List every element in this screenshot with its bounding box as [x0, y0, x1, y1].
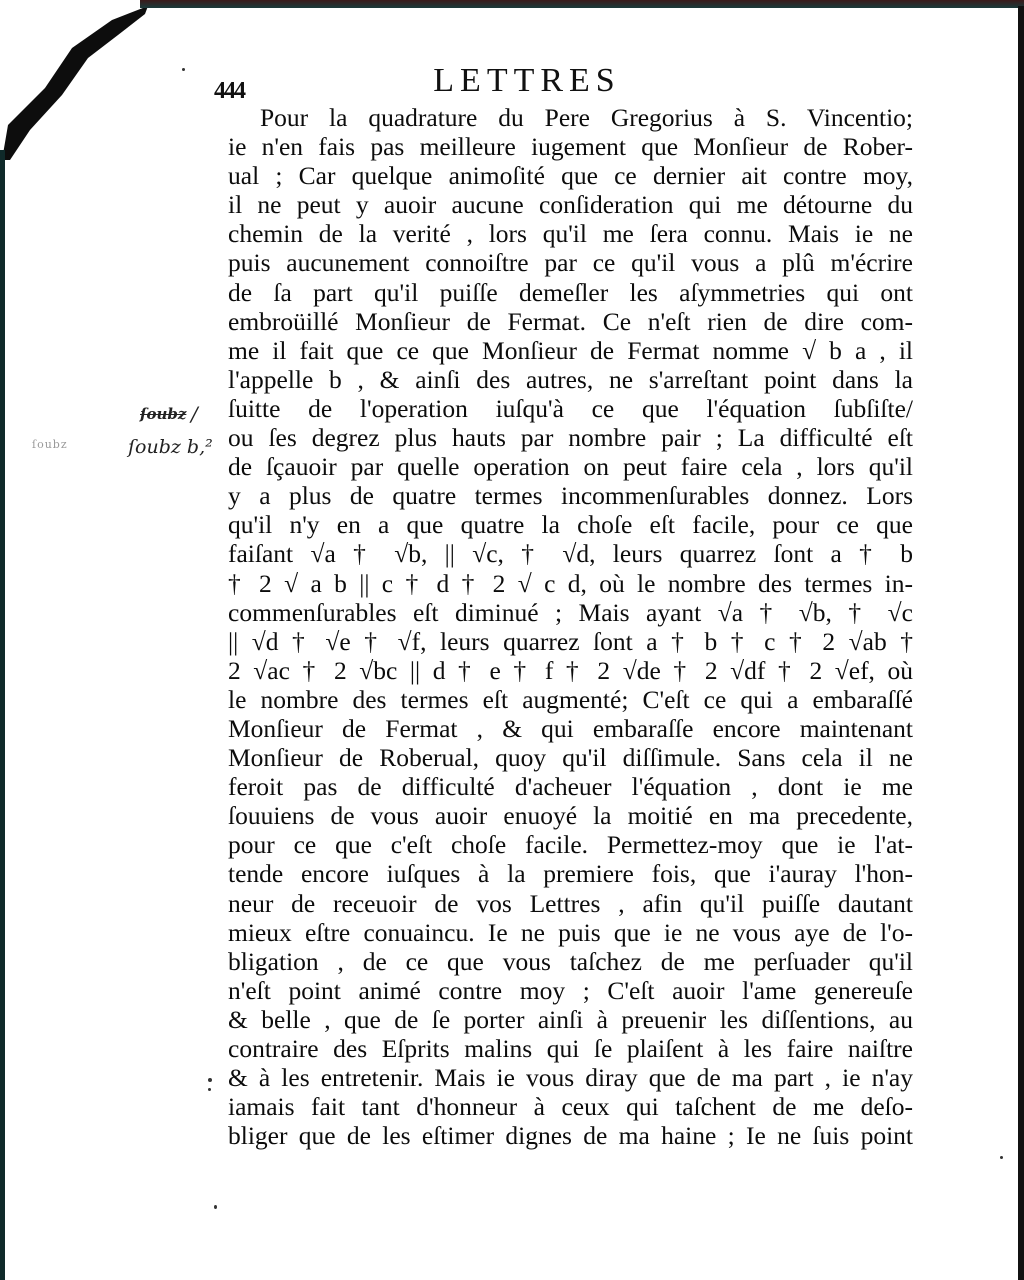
margin-note-struck-word: ſoubz	[140, 405, 186, 423]
text-line: || √d † √e † √f, leurs quarrez ſont a † …	[228, 627, 913, 656]
scanned-book-page: 444 LETTRES ſoubz ſoubz / ſoubz b,² Pour…	[0, 0, 1024, 1280]
text-line: ou ſes degrez plus hauts par nombre pair…	[228, 423, 913, 452]
text-line: l'appelle b , & ainſi des autres, ne s'a…	[228, 365, 913, 394]
text-line: ual ; Car quelque animoſité que ce derni…	[228, 161, 913, 190]
margin-note-slash: /	[191, 402, 198, 426]
page-right-edge	[1018, 6, 1024, 1280]
ink-speck	[182, 68, 185, 71]
text-line: il ne peut y auoir aucune conſideration …	[228, 190, 913, 219]
margin-note-handwritten: ſoubz b,²	[128, 436, 213, 458]
text-line: & belle , que de ſe porter ainſi à preue…	[228, 1005, 913, 1034]
text-line: n'eſt point animé contre moy ; C'eſt auo…	[228, 976, 913, 1005]
text-line: embroüillé Monſieur de Fermat. Ce n'eſt …	[228, 307, 913, 336]
text-line: qu'il n'y en a que quatre la choſe eſt f…	[228, 510, 913, 539]
text-line: 2 √ac † 2 √bc || d † e † f † 2 √de † 2 √…	[228, 656, 913, 685]
text-line: me il fait que ce que Monſieur de Fermat…	[228, 336, 913, 365]
text-line: bliger que de les eſtimer dignes de ma h…	[228, 1121, 913, 1150]
page-left-edge	[0, 150, 5, 1280]
text-line: puis aucunement connoiſtre par ce qu'il …	[228, 248, 913, 277]
running-head: LETTRES	[0, 62, 1024, 100]
text-line: tende encore iuſques à la premiere fois,…	[228, 859, 913, 888]
letter-body-text: Pour la quadrature du Pere Gregorius à S…	[228, 103, 913, 1150]
text-line: bligation , de ce que vous taſchez de me…	[228, 947, 913, 976]
text-line: commenſurables eſt diminué ; Mais ayant …	[228, 598, 913, 627]
text-line: ſuitte de l'operation iuſqu'à ce que l'é…	[228, 394, 913, 423]
text-line: Monſieur de Roberual, quoy qu'il diſſimu…	[228, 743, 913, 772]
text-line: le nombre des termes eſt augmenté; C'eſt…	[228, 685, 913, 714]
page-top-edge	[140, 0, 1024, 8]
margin-note-faint: ſoubz	[32, 438, 68, 451]
ink-speck	[1000, 1156, 1003, 1159]
text-line: mieux eſtre conuaincu. Ie ne puis que ie…	[228, 918, 913, 947]
text-line: contraire des Eſprits malins qui ſe plai…	[228, 1034, 913, 1063]
ink-speck	[208, 1078, 212, 1082]
ink-speck	[214, 1205, 217, 1209]
text-line: pour ce que c'eſt choſe facile. Permette…	[228, 830, 913, 859]
text-line: † 2 √ a b || c † d † 2 √ c d, où le nomb…	[228, 569, 913, 598]
text-line: chemin de la verité , lors qu'il me ſera…	[228, 219, 913, 248]
text-line: de ſa part qu'il puiſſe demeſler les aſy…	[228, 278, 913, 307]
text-line: feroit pas de difficulté d'acheuer l'équ…	[228, 772, 913, 801]
text-line: de ſçauoir par quelle operation on peut …	[228, 452, 913, 481]
text-line: y a plus de quatre termes incommenſurabl…	[228, 481, 913, 510]
text-line: iamais fait tant d'honneur à ceux qui ta…	[228, 1092, 913, 1121]
text-line: & à les entretenir. Mais ie vous diray q…	[228, 1063, 913, 1092]
text-line: Monſieur de Fermat , & qui embaraſſe enc…	[228, 714, 913, 743]
text-line: faiſant √a † √b, || √c, † √d, leurs quar…	[228, 539, 913, 568]
text-line: ſouuiens de vous auoir enuoyé la moitié …	[228, 801, 913, 830]
text-line: ie n'en fais pas meilleure iugement que …	[228, 132, 913, 161]
text-line: Pour la quadrature du Pere Gregorius à S…	[228, 103, 913, 132]
text-line: neur de receuoir de vos Lettres , afin q…	[228, 889, 913, 918]
ink-speck	[208, 1088, 211, 1091]
